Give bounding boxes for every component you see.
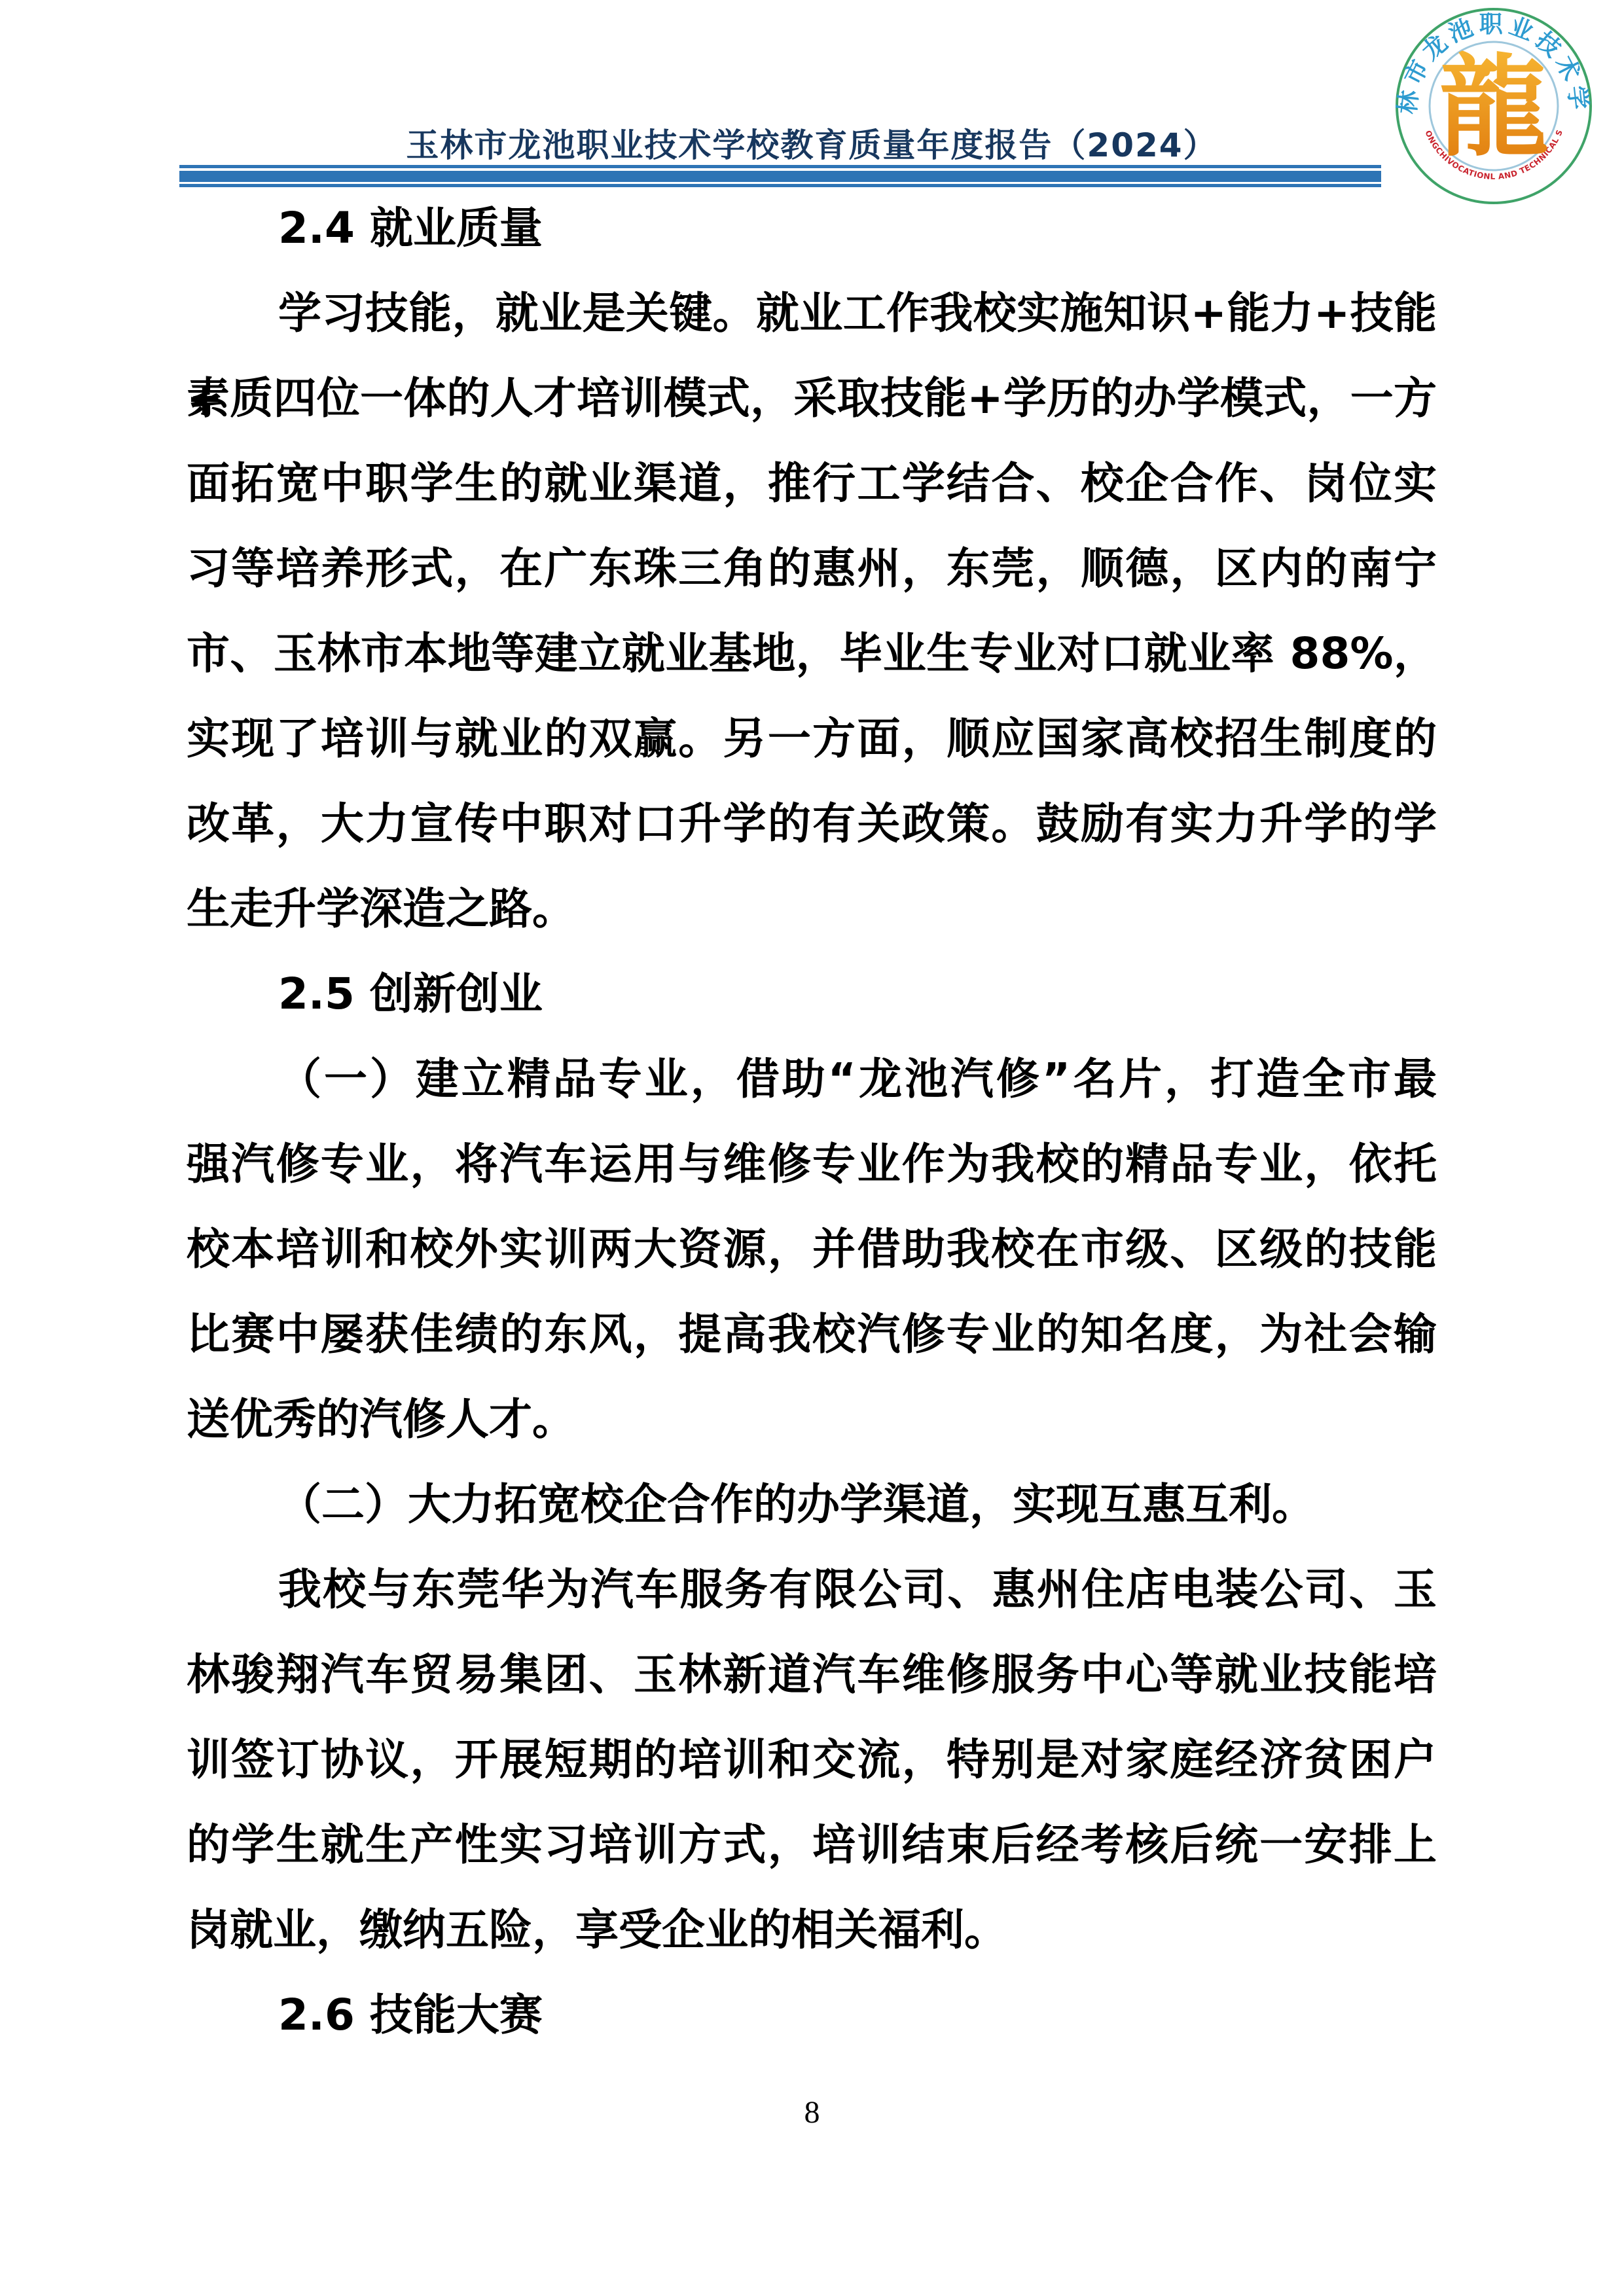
page-number: 8 — [0, 2094, 1624, 2130]
page-header-title: 玉林市龙池职业技术学校教育质量年度报告（2024） — [187, 119, 1437, 166]
school-logo-emblem: 玉林市龙池职业技术学校 YULINLONGCHIVOCATIONL AND TE… — [1381, 0, 1606, 217]
school-logo: 玉林市龙池职业技术学校 YULINLONGCHIVOCATIONL AND TE… — [1381, 0, 1606, 217]
text-line: 训签订协议，开展短期的培训和交流，特别是对家庭经济贫困户 — [187, 1717, 1437, 1803]
report-page: 玉林市龙池职业技术学校教育质量年度报告（2024） 玉林市龙池职业技术学校 YU… — [0, 0, 1624, 2296]
text-line: 的学生就生产性实习培训方式，培训结束后经考核后统一安排上 — [187, 1803, 1437, 1888]
text-line: 强汽修专业，将汽车运用与维修专业作为我校的精品专业，依托 — [187, 1122, 1437, 1207]
section-heading: 2.4 就业质量 — [187, 186, 1437, 271]
text-line: 习等培养形式，在广东珠三角的惠州，东莞，顺德，区内的南宁 — [187, 526, 1437, 611]
header-separator-thick — [179, 171, 1399, 182]
section-heading: 2.6 技能大赛 — [187, 1973, 1437, 2058]
header-separator-thin-top — [179, 165, 1399, 168]
text-line: （二）大力拓宽校企合作的办学渠道，实现互惠互利。 — [187, 1462, 1437, 1547]
text-line: 送优秀的汽修人才。 — [187, 1377, 1437, 1462]
text-line: 实现了培训与就业的双赢。另一方面，顺应国家高校招生制度的 — [187, 696, 1437, 781]
text-line: 面拓宽中职学生的就业渠道，推行工学结合、校企合作、岗位实 — [187, 441, 1437, 526]
text-line: 市、玉林市本地等建立就业基地，毕业生专业对口就业率 88%， — [187, 611, 1437, 696]
text-line: 素质四位一体的人才培训模式，采取技能+学历的办学模式，一方 — [187, 356, 1437, 441]
text-line: 岗就业，缴纳五险，享受企业的相关福利。 — [187, 1888, 1437, 1973]
text-line: 学习技能，就业是关键。就业工作我校实施知识+能力+技能+ — [187, 271, 1437, 356]
text-line: 林骏翔汽车贸易集团、玉林新道汽车维修服务中心等就业技能培 — [187, 1632, 1437, 1717]
text-line: 改革，大力宣传中职对口升学的有关政策。鼓励有实力升学的学 — [187, 781, 1437, 867]
text-line: 生走升学深造之路。 — [187, 867, 1437, 952]
text-line: 比赛中屡获佳绩的东风，提高我校汽修专业的知名度，为社会输 — [187, 1292, 1437, 1377]
logo-dragon-glyph: 龍 — [1439, 43, 1549, 171]
text-line: 我校与东莞华为汽车服务有限公司、惠州住店电装公司、玉 — [187, 1547, 1437, 1632]
content-lines: 2.4 就业质量学习技能，就业是关键。就业工作我校实施知识+能力+技能+素质四位… — [187, 186, 1437, 2058]
text-line: 校本培训和校外实训两大资源，并借助我校在市级、区级的技能 — [187, 1207, 1437, 1292]
section-heading: 2.5 创新创业 — [187, 952, 1437, 1037]
text-line: （一）建立精品专业，借助“龙池汽修”名片，打造全市最 — [187, 1037, 1437, 1122]
